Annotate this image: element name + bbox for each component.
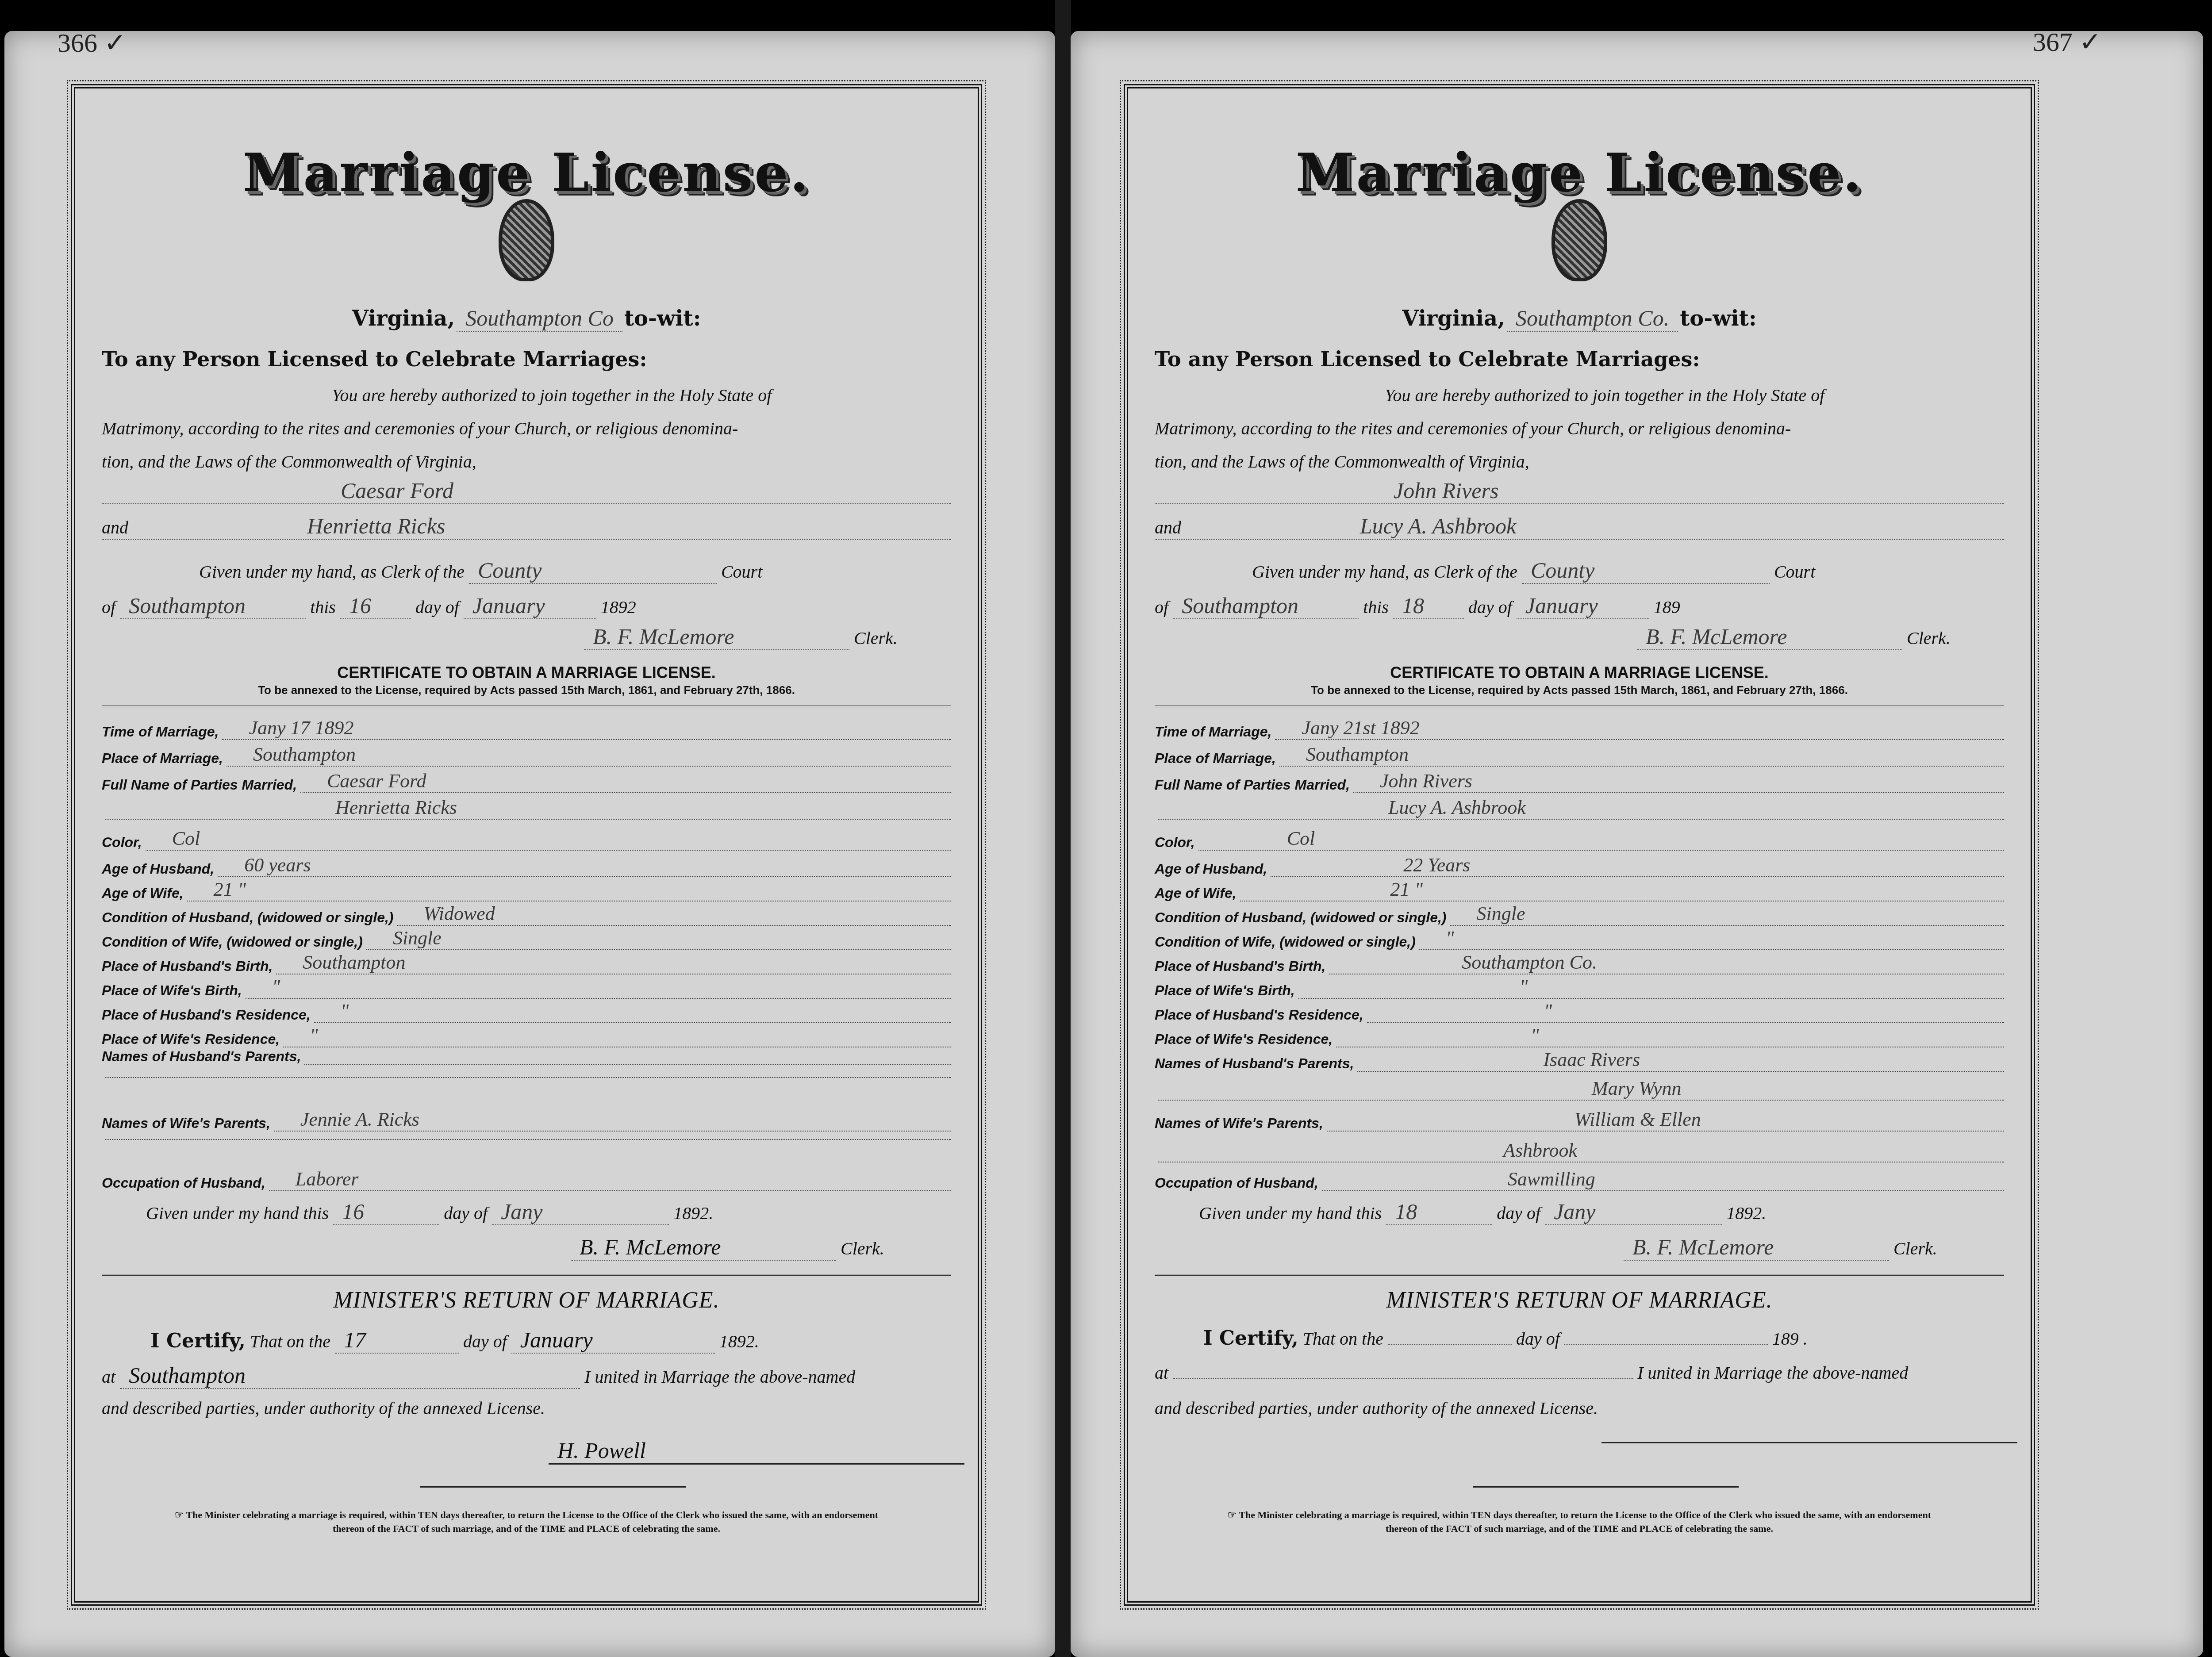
field-place-of-husbands-residence: Place of Husband's Residence," <box>102 1000 951 1023</box>
field-time-of-marriage: Time of Marriage,Jany 21st 1892 <box>1155 717 2004 740</box>
certificate-subheading: To be annexed to the License, required b… <box>102 683 951 697</box>
field-full-name-parties: Full Name of Parties Married,John Rivers <box>1155 770 2004 793</box>
minister-described-line: and described parties, under authority o… <box>1155 1398 2004 1419</box>
minister-day-field[interactable]: 17 <box>335 1327 459 1354</box>
field-names-of-wifes-parents-2 <box>102 1139 951 1140</box>
field-color: Color,Col <box>1155 827 2004 851</box>
groom-name-field[interactable]: John Rivers <box>1155 478 2004 504</box>
bride-name-field[interactable]: and Henrietta Ricks <box>102 513 951 540</box>
field-condition-of-wife: Condition of Wife, (widowed or single,)" <box>1155 927 2004 950</box>
clerk-signature-line: B. F. McLemore Clerk. <box>102 624 951 650</box>
field-place-of-husbands-birth: Place of Husband's Birth,Southampton <box>102 951 951 974</box>
field-full-name-parties-2: Henrietta Ricks <box>102 796 951 820</box>
minister-place-field[interactable]: Southampton <box>120 1362 580 1389</box>
license-title: Marriage License. <box>102 142 951 204</box>
minister-signature: H. Powell <box>549 1438 964 1465</box>
ornamental-shield-icon <box>499 199 554 281</box>
checkmark-icon: ✓ <box>104 27 126 58</box>
license-frame: Marriage License. Virginia, Southampton … <box>71 84 982 1606</box>
field-names-of-husbands-parents-2 <box>102 1077 951 1078</box>
field-names-of-wifes-parents: Names of Wife's Parents,Jennie A. Ricks <box>102 1108 951 1132</box>
county-field[interactable]: Southampton Co. <box>1507 305 1678 332</box>
minister-month-field[interactable] <box>1564 1344 1768 1345</box>
clerk-signature: B. F. McLemore <box>584 624 849 650</box>
checkmark-icon: ✓ <box>2079 27 2101 58</box>
court-date-line: of Southampton this 18 day of January 18… <box>1155 593 2004 619</box>
field-full-name-parties: Full Name of Parties Married,Caesar Ford <box>102 770 951 793</box>
license-day-field[interactable]: 18 <box>1393 593 1464 619</box>
salutation: To any Person Licensed to Celebrate Marr… <box>1155 347 2004 371</box>
minister-place-line: at I united in Marriage the above-named <box>1155 1362 2004 1383</box>
court-date-line: of Southampton this 16 day of January 18… <box>102 593 951 619</box>
bride-name-field[interactable]: and Lucy A. Ashbrook <box>1155 513 2004 540</box>
license-month-field[interactable]: January <box>1517 593 1649 619</box>
minister-described-line: and described parties, under authority o… <box>102 1398 951 1419</box>
cert-day-field[interactable]: 16 <box>333 1199 439 1225</box>
field-condition-of-husband: Condition of Husband, (widowed or single… <box>102 902 951 926</box>
field-names-of-wifes-parents-2: Ashbrook <box>1155 1139 2004 1162</box>
court-of-field[interactable]: Southampton <box>1173 593 1359 619</box>
field-place-of-wifes-birth: Place of Wife's Birth," <box>102 975 951 999</box>
county-field[interactable]: Southampton Co <box>457 305 622 332</box>
authorization-line-1: You are hereby authorized to join togeth… <box>102 385 951 406</box>
license-month-field[interactable]: January <box>464 593 596 619</box>
field-age-of-wife: Age of Wife,21 " <box>1155 878 2004 901</box>
certificate-heading: CERTIFICATE TO OBTAIN A MARRIAGE LICENSE… <box>1155 664 2004 682</box>
cert-clerk-signature: B. F. McLemore <box>571 1234 836 1261</box>
certificate-subheading: To be annexed to the License, required b… <box>1155 683 2004 697</box>
field-time-of-marriage: Time of Marriage,Jany 17 1892 <box>102 717 951 740</box>
secondary-signature-line <box>1473 1486 1739 1488</box>
minister-certify-line: I Certify, That on the day of 189 . <box>1155 1327 2004 1350</box>
field-place-of-marriage: Place of Marriage,Southampton <box>102 743 951 767</box>
court-of-field[interactable]: Southampton <box>120 593 306 619</box>
field-names-of-husbands-parents: Names of Husband's Parents,Isaac Rivers <box>1155 1048 2004 1072</box>
minister-return-heading: MINISTER'S RETURN OF MARRIAGE. <box>102 1287 951 1313</box>
pointing-hand-icon: ☞ <box>1228 1509 1239 1520</box>
authorization-line-3: tion, and the Laws of the Commonwealth o… <box>1155 451 2004 472</box>
minister-place-field[interactable] <box>1173 1378 1633 1379</box>
book-gutter <box>1055 0 1071 1657</box>
field-place-of-wifes-residence: Place of Wife's Residence," <box>1155 1024 2004 1047</box>
secondary-signature-line <box>420 1486 686 1488</box>
minister-day-field[interactable] <box>1388 1344 1512 1345</box>
field-names-of-husbands-parents: Names of Husband's Parents, <box>102 1048 951 1065</box>
page-number: 366 ✓ <box>58 27 126 58</box>
authorization-line-3: tion, and the Laws of the Commonwealth o… <box>102 451 951 472</box>
cert-month-field[interactable]: Jany <box>1545 1199 1722 1225</box>
minister-footnote: ☞ The Minister celebrating a marriage is… <box>1155 1508 2004 1536</box>
minister-signature-line: H. Powell <box>102 1438 951 1465</box>
ledger-page-right: 367 ✓ Marriage License. Virginia, Southa… <box>1071 31 2203 1657</box>
cert-given-line: Given under my hand this 18 day of Jany … <box>1155 1199 2004 1225</box>
divider <box>102 1274 951 1276</box>
minister-month-field[interactable]: January <box>511 1327 715 1354</box>
field-occupation-of-husband: Occupation of Husband,Sawmilling <box>1155 1168 2004 1191</box>
field-place-of-marriage: Place of Marriage,Southampton <box>1155 743 2004 767</box>
minister-certify-line: I Certify, That on the 17 day of January… <box>102 1327 951 1354</box>
cert-given-line: Given under my hand this 16 day of Jany … <box>102 1199 951 1225</box>
minister-signature[interactable] <box>1601 1442 2017 1443</box>
license-title: Marriage License. <box>1155 142 2004 204</box>
field-age-of-wife: Age of Wife,21 " <box>102 878 951 901</box>
certificate-heading: CERTIFICATE TO OBTAIN A MARRIAGE LICENSE… <box>102 664 951 682</box>
field-place-of-husbands-residence: Place of Husband's Residence," <box>1155 1000 2004 1023</box>
license-day-field[interactable]: 16 <box>340 593 411 619</box>
field-age-of-husband: Age of Husband,22 Years <box>1155 854 2004 877</box>
minister-place-line: at Southampton I united in Marriage the … <box>102 1362 951 1389</box>
authorization-line-2: Matrimony, according to the rites and ce… <box>102 418 951 439</box>
groom-name-field[interactable]: Caesar Ford <box>102 478 951 504</box>
field-occupation-of-husband: Occupation of Husband,Laborer <box>102 1168 951 1191</box>
cert-month-field[interactable]: Jany <box>492 1199 669 1225</box>
salutation: To any Person Licensed to Celebrate Marr… <box>102 347 951 371</box>
court-type-field[interactable]: County <box>1522 557 1770 584</box>
authorization-line-1: You are hereby authorized to join togeth… <box>1155 385 2004 406</box>
minister-footnote: ☞ The Minister celebrating a marriage is… <box>102 1508 951 1536</box>
minister-signature-line <box>1155 1438 2004 1446</box>
ledger-page-left: 366 ✓ Marriage License. Virginia, Southa… <box>4 31 1055 1657</box>
divider <box>1155 706 2004 707</box>
cert-clerk-signature-line: B. F. McLemore Clerk. <box>1155 1234 2004 1261</box>
cert-clerk-signature-line: B. F. McLemore Clerk. <box>102 1234 951 1261</box>
cert-day-field[interactable]: 18 <box>1386 1199 1492 1225</box>
clerk-given-line: Given under my hand, as Clerk of the Cou… <box>102 557 951 584</box>
minister-return-heading: MINISTER'S RETURN OF MARRIAGE. <box>1155 1287 2004 1313</box>
field-condition-of-wife: Condition of Wife, (widowed or single,)S… <box>102 927 951 950</box>
field-names-of-husbands-parents-2: Mary Wynn <box>1155 1077 2004 1101</box>
field-condition-of-husband: Condition of Husband, (widowed or single… <box>1155 902 2004 926</box>
jurisdiction-line: Virginia, Southampton Co to-wit: <box>102 305 951 332</box>
field-full-name-parties-2: Lucy A. Ashbrook <box>1155 796 2004 820</box>
field-names-of-wifes-parents: Names of Wife's Parents,William & Ellen <box>1155 1108 2004 1132</box>
divider <box>1155 1274 2004 1276</box>
pointing-hand-icon: ☞ <box>175 1509 186 1520</box>
page-number: 367 ✓ <box>2033 27 2101 58</box>
cert-clerk-signature: B. F. McLemore <box>1624 1234 1889 1261</box>
field-age-of-husband: Age of Husband,60 years <box>102 854 951 877</box>
license-frame: Marriage License. Virginia, Southampton … <box>1124 84 2035 1606</box>
court-type-field[interactable]: County <box>469 557 717 584</box>
clerk-signature: B. F. McLemore <box>1637 624 1902 650</box>
authorization-line-2: Matrimony, according to the rites and ce… <box>1155 418 2004 439</box>
field-color: Color,Col <box>102 827 951 851</box>
field-place-of-husbands-birth: Place of Husband's Birth,Southampton Co. <box>1155 951 2004 974</box>
divider <box>102 706 951 707</box>
jurisdiction-line: Virginia, Southampton Co. to-wit: <box>1155 305 2004 332</box>
field-place-of-wifes-birth: Place of Wife's Birth," <box>1155 975 2004 999</box>
ornamental-shield-icon <box>1551 199 1607 281</box>
clerk-given-line: Given under my hand, as Clerk of the Cou… <box>1155 557 2004 584</box>
clerk-signature-line: B. F. McLemore Clerk. <box>1155 624 2004 650</box>
field-place-of-wifes-residence: Place of Wife's Residence," <box>102 1024 951 1047</box>
